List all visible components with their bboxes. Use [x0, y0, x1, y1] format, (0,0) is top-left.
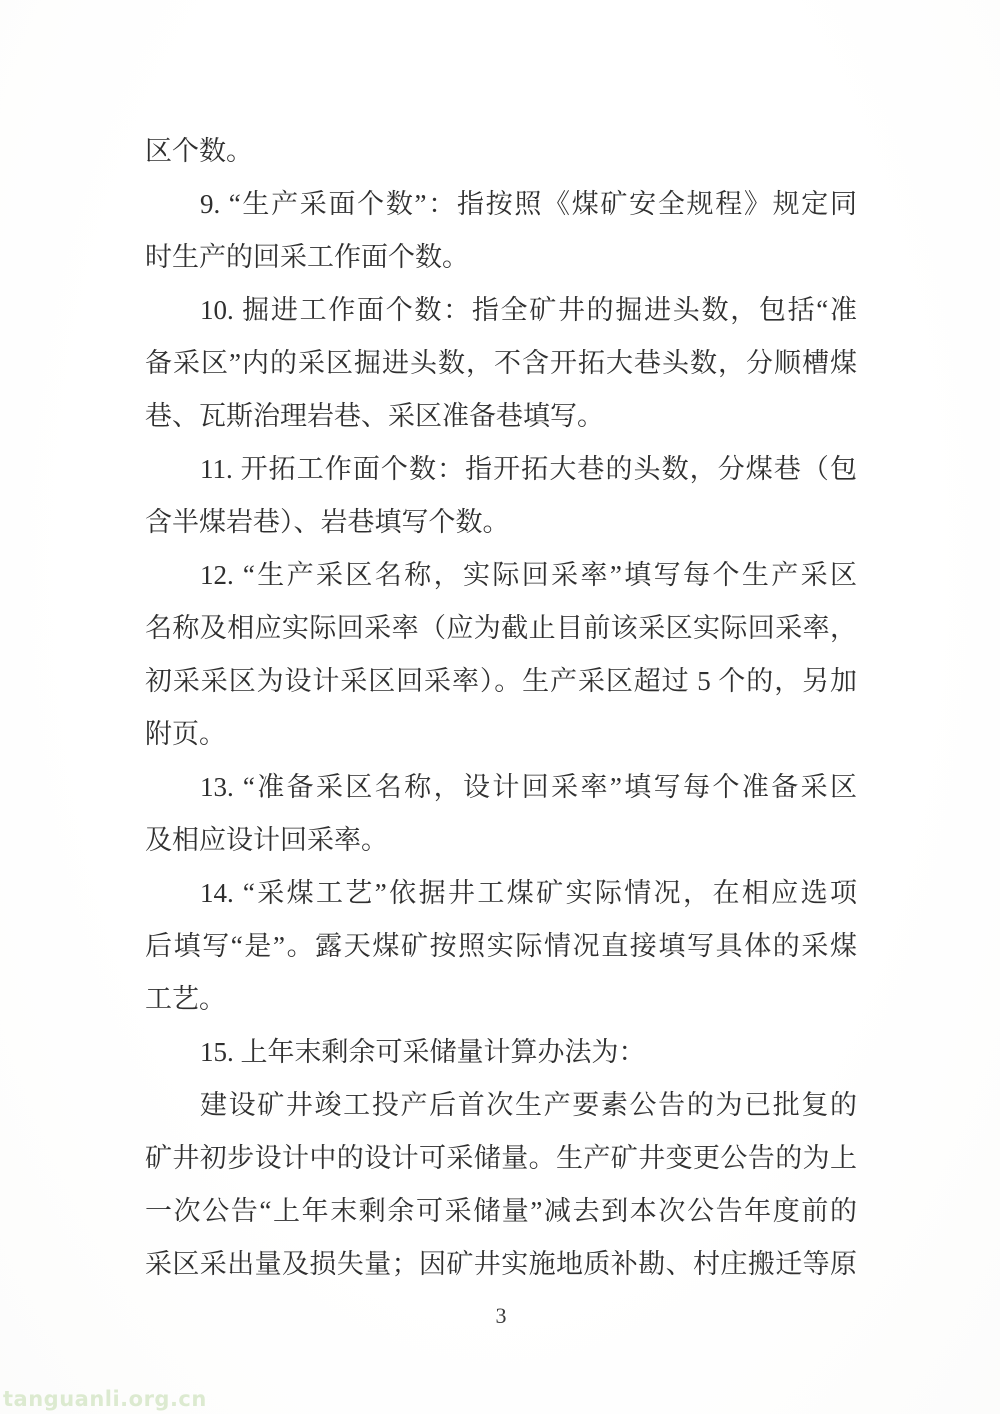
text-line: 含半煤岩巷）、岩巷填写个数。: [145, 496, 857, 549]
text-line: 11. 开拓工作面个数：指开拓大巷的头数，分煤巷（包: [145, 443, 857, 496]
text-line: 巷、瓦斯治理岩巷、采区准备巷填写。: [145, 390, 857, 443]
text-line: 区个数。: [145, 125, 857, 178]
page-number: 3: [145, 1303, 857, 1329]
text-line: 附页。: [145, 708, 857, 761]
text-line: 名称及相应实际回采率（应为截止目前该采区实际回采率，: [145, 602, 857, 655]
text-line: 10. 掘进工作面个数：指全矿井的掘进头数，包括“准: [145, 284, 857, 337]
text-line: 及相应设计回采率。: [145, 814, 857, 867]
text-line: 矿井初步设计中的设计可采储量。生产矿井变更公告的为上: [145, 1132, 857, 1185]
text-line: 13. “准备采区名称，设计回采率”填写每个准备采区: [145, 761, 857, 814]
watermark: tanguanli.org.cn: [3, 1387, 207, 1411]
document-body: 区个数。9. “生产采面个数”：指按照《煤矿安全规程》规定同时生产的回采工作面个…: [145, 125, 857, 1291]
text-line: 14. “采煤工艺”依据井工煤矿实际情况，在相应选项: [145, 867, 857, 920]
text-line: 15. 上年末剩余可采储量计算办法为：: [145, 1026, 857, 1079]
text-line: 后填写“是”。露天煤矿按照实际情况直接填写具体的采煤: [145, 920, 857, 973]
text-line: 9. “生产采面个数”：指按照《煤矿安全规程》规定同: [145, 178, 857, 231]
document-page: 区个数。9. “生产采面个数”：指按照《煤矿安全规程》规定同时生产的回采工作面个…: [0, 0, 1000, 1414]
text-line: 初采采区为设计采区回采率）。生产采区超过 5 个的，另加: [145, 655, 857, 708]
text-line: 工艺。: [145, 973, 857, 1026]
text-line: 建设矿井竣工投产后首次生产要素公告的为已批复的: [145, 1079, 857, 1132]
text-line: 采区采出量及损失量；因矿井实施地质补勘、村庄搬迁等原: [145, 1238, 857, 1291]
text-line: 备采区”内的采区掘进头数，不含开拓大巷头数，分顺槽煤: [145, 337, 857, 390]
text-line: 12. “生产采区名称，实际回采率”填写每个生产采区: [145, 549, 857, 602]
text-line: 时生产的回采工作面个数。: [145, 231, 857, 284]
text-line: 一次公告“上年末剩余可采储量”减去到本次公告年度前的: [145, 1185, 857, 1238]
